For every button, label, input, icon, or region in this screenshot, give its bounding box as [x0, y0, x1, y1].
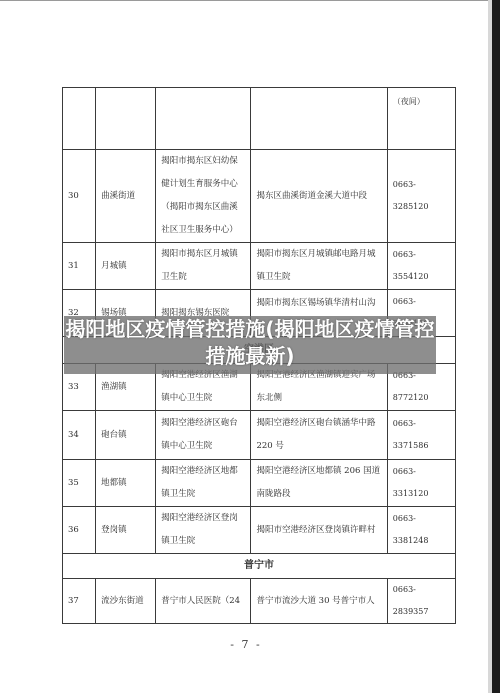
institution-line: 揭阳空港经济区地都: [161, 460, 245, 483]
cell-address: 揭阳空港经济区地都镇 206 国道 南陇路段: [251, 460, 387, 507]
cell-institution: 揭阳市揭东区妇幼保 健计划生育服务中心 （揭阳市揭东区曲溪 社区卫生服务中心）: [156, 150, 251, 243]
institution-line: 揭阳市揭东区妇幼保: [161, 150, 245, 173]
cell-institution: 揭阳市揭东区月城镇 卫生院: [156, 243, 251, 290]
cell-institution: 揭阳空港经济区砲台 镇中心卫生院: [156, 411, 251, 460]
cell-address: 揭阳空港经济区砲台镇涵华中路 220 号: [251, 411, 387, 460]
cell-no: [63, 88, 96, 150]
cell-no: 37: [63, 579, 96, 624]
cell-address: [251, 88, 387, 150]
cell-town: 地都镇: [96, 460, 156, 507]
cell-town: 月城镇: [96, 243, 156, 290]
institution-line: 镇卫生院: [161, 483, 245, 506]
institution-line: 揭阳空港经济区砲台: [161, 412, 245, 435]
cell-town: [96, 88, 156, 150]
cell-address: 揭阳市空港经济区登岗镇许畔村: [251, 507, 387, 554]
cell-no: 34: [63, 411, 96, 460]
institution-line: 镇中心卫生院: [161, 387, 245, 410]
page-top-edge: [0, 0, 492, 1]
scan-dark-edge: [492, 0, 500, 693]
cell-institution: [156, 88, 251, 150]
cell-address: 揭阳市揭东区月城镇邮电路月城 镇卫生院: [251, 243, 387, 290]
cell-institution: 揭阳空港经济区登岗 镇卫生院: [156, 507, 251, 554]
cell-phone: 0663-3313120: [387, 460, 455, 507]
cell-phone: 0663-2839357: [387, 579, 455, 624]
section-row-puning: 普宁市: [63, 554, 456, 579]
institution-line: 镇卫生院: [161, 530, 245, 553]
cell-no: 31: [63, 243, 96, 290]
page-number: - 7 -: [0, 638, 492, 651]
address-line: 镇卫生院: [256, 266, 381, 289]
cell-institution: 普宁市人民医院（24: [156, 579, 251, 624]
institution-line: （揭阳市揭东区曲溪: [161, 196, 245, 219]
table-row: 35 地都镇 揭阳空港经济区地都 镇卫生院 揭阳空港经济区地都镇 206 国道 …: [63, 460, 456, 507]
institution-line: 卫生院: [161, 266, 245, 289]
address-line: 南陇路段: [256, 483, 381, 506]
cell-phone: 0663-3554120: [387, 243, 455, 290]
institution-line: 社区卫生服务中心）: [161, 219, 245, 242]
address-line: 揭阳空港经济区砲台镇涵华中路: [256, 412, 381, 435]
institution-line: 镇中心卫生院: [161, 435, 245, 458]
table-row: 31 月城镇 揭阳市揭东区月城镇 卫生院 揭阳市揭东区月城镇邮电路月城 镇卫生院…: [63, 243, 456, 290]
cell-no: 35: [63, 460, 96, 507]
institution-line: 揭阳市揭东区月城镇: [161, 243, 245, 266]
institution-line: 揭阳空港经济区登岗: [161, 507, 245, 530]
table-row: 37 流沙东街道 普宁市人民医院（24 普宁市流沙大道 30 号普宁市人 066…: [63, 579, 456, 624]
cell-institution: 揭阳空港经济区地都 镇卫生院: [156, 460, 251, 507]
institution-line: 健计划生育服务中心: [161, 173, 245, 196]
cell-phone: 0663-3381248: [387, 507, 455, 554]
table-row: 34 砲台镇 揭阳空港经济区砲台 镇中心卫生院 揭阳空港经济区砲台镇涵华中路 2…: [63, 411, 456, 460]
cell-address: 普宁市流沙大道 30 号普宁市人: [251, 579, 387, 624]
cell-town: 砲台镇: [96, 411, 156, 460]
table-row: 30 曲溪街道 揭阳市揭东区妇幼保 健计划生育服务中心 （揭阳市揭东区曲溪 社区…: [63, 150, 456, 243]
section-heading: 普宁市: [63, 554, 456, 579]
cell-town: 曲溪街道: [96, 150, 156, 243]
address-line: 揭阳空港经济区地都镇 206 国道: [256, 460, 381, 483]
overlay-title: 揭阳地区疫情管控措施(揭阳地区疫情管控措施最新): [64, 316, 436, 370]
cell-phone: 0663-3371586: [387, 411, 455, 460]
cell-no: 30: [63, 150, 96, 243]
table-row-continued: （夜间）: [63, 88, 456, 150]
cell-town: 流沙东街道: [96, 579, 156, 624]
cell-phone: 0663-3285120: [387, 150, 455, 243]
address-line: 揭阳市揭东区月城镇邮电路月城: [256, 243, 381, 266]
address-line: 东北侧: [256, 387, 381, 410]
cell-no: 36: [63, 507, 96, 554]
cell-phone-note: （夜间）: [387, 88, 455, 150]
table-row: 36 登岗镇 揭阳空港经济区登岗 镇卫生院 揭阳市空港经济区登岗镇许畔村 066…: [63, 507, 456, 554]
cell-town: 登岗镇: [96, 507, 156, 554]
cell-address: 揭东区曲溪街道金溪大道中段: [251, 150, 387, 243]
address-line: 220 号: [256, 435, 381, 458]
